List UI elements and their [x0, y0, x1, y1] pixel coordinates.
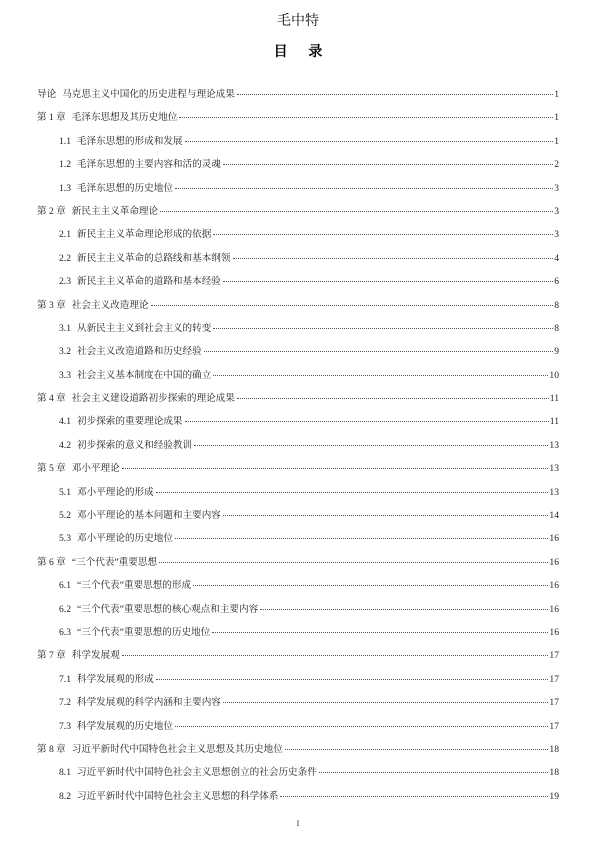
- dot-leader: [280, 796, 548, 797]
- toc-entry-title: 1.2毛泽东思想的主要内容和活的灵魂: [59, 157, 221, 173]
- dot-leader: [213, 234, 553, 235]
- toc-entry-label: 科学发展观的历史地位: [77, 721, 173, 732]
- dot-leader: [193, 585, 548, 586]
- toc-entry-label: 邓小平理论的基本问题和主要内容: [77, 510, 221, 521]
- toc-entry-title: 2.2新民主主义革命的总路线和基本纲领: [59, 251, 231, 267]
- dot-leader: [185, 141, 554, 142]
- toc-entry-label: 社会主义基本制度在中国的确立: [77, 370, 211, 381]
- toc-entry-label: 马克思主义中国化的历史进程与理论成果: [62, 89, 235, 100]
- toc-entry-label: 习近平新时代中国特色社会主义思想及其历史地位: [72, 744, 283, 755]
- toc-entry-label: 毛泽东思想的主要内容和活的灵魂: [77, 159, 221, 170]
- toc-section-entry[interactable]: 8.1习近平新时代中国特色社会主义思想创立的社会历史条件18: [37, 765, 559, 788]
- toc-entry-label: 邓小平理论: [72, 463, 120, 474]
- toc-section-entry[interactable]: 2.3新民主主义革命的道路和基本经验6: [37, 274, 559, 297]
- toc-entry-number: 7.3: [59, 721, 71, 732]
- toc-entry-page: 1: [554, 134, 559, 150]
- toc-section-entry[interactable]: 2.2新民主主义革命的总路线和基本纲领4: [37, 251, 559, 274]
- toc-entry-label: 从新民主主义到社会主义的转变: [77, 323, 211, 334]
- toc-entry-page: 13: [549, 438, 559, 454]
- toc-entry-page: 13: [549, 461, 559, 477]
- dot-leader: [175, 538, 548, 539]
- toc-entry-title: 4.1初步探索的重要理论成果: [59, 414, 183, 430]
- toc-entry-number: 3.1: [59, 323, 71, 334]
- toc-entry-number: 7.1: [59, 674, 71, 685]
- toc-section-entry[interactable]: 7.3科学发展观的历史地位17: [37, 719, 559, 742]
- toc-entry-page: 3: [554, 181, 559, 197]
- toc-entry-number: 4.1: [59, 416, 71, 427]
- dot-leader: [223, 702, 549, 703]
- toc-entry-title: 第 6 章“三个代表”重要思想: [37, 555, 157, 571]
- toc-entry-page: 17: [549, 695, 559, 711]
- toc-entry-page: 9: [554, 344, 559, 360]
- toc-entry-label: 科学发展观的形成: [77, 674, 154, 685]
- toc-section-entry[interactable]: 4.1初步探索的重要理论成果11: [37, 414, 559, 437]
- dot-leader: [233, 258, 554, 259]
- toc-entry-number: 6.3: [59, 627, 71, 638]
- toc-entry-title: 5.3邓小平理论的历史地位: [59, 531, 173, 547]
- toc-entry-number: 2.2: [59, 253, 71, 264]
- dot-leader: [223, 281, 553, 282]
- toc-entry-page: 11: [550, 391, 559, 407]
- toc-entry-number: 5.1: [59, 487, 71, 498]
- toc-entry-label: “三个代表”重要思想的形成: [77, 580, 191, 591]
- toc-entry-label: 新民主主义革命的总路线和基本纲领: [77, 253, 231, 264]
- toc-entry-number: 导论: [37, 89, 56, 100]
- toc-entry-page: 14: [549, 508, 559, 524]
- toc-section-entry[interactable]: 3.2社会主义改造道路和历史经验9: [37, 344, 559, 367]
- dot-leader: [159, 562, 548, 563]
- toc-chapter-entry[interactable]: 第 3 章社会主义改造理论8: [37, 298, 559, 321]
- toc-entry-number: 7.2: [59, 697, 71, 708]
- dot-leader: [175, 188, 553, 189]
- toc-section-entry[interactable]: 5.3邓小平理论的历史地位16: [37, 531, 559, 554]
- toc-entry-label: 初步探索的重要理论成果: [77, 416, 183, 427]
- dot-leader: [122, 468, 549, 469]
- toc-entry-label: “三个代表”重要思想: [72, 557, 157, 568]
- toc-entry-page: 19: [549, 789, 559, 805]
- toc-entry-page: 16: [549, 625, 559, 641]
- toc-entry-page: 3: [554, 204, 559, 220]
- toc-entry-title: 7.2科学发展观的科学内涵和主要内容: [59, 695, 221, 711]
- toc-entry-title: 第 2 章新民主主义革命理论: [37, 204, 158, 220]
- toc-entry-title: 导论马克思主义中国化的历史进程与理论成果: [37, 87, 235, 103]
- toc-entry-page: 17: [549, 672, 559, 688]
- toc-entry-label: 社会主义建设道路初步探索的理论成果: [72, 393, 235, 404]
- toc-entry-title: 3.3社会主义基本制度在中国的确立: [59, 368, 211, 384]
- toc-entry-label: 习近平新时代中国特色社会主义思想创立的社会历史条件: [77, 767, 317, 778]
- toc-entry-page: 6: [554, 274, 559, 290]
- toc-section-entry[interactable]: 1.3毛泽东思想的历史地位3: [37, 181, 559, 204]
- toc-entry-page: 10: [549, 368, 559, 384]
- toc-entry-title: 7.1科学发展观的形成: [59, 672, 154, 688]
- toc-entry-number: 第 2 章: [37, 206, 66, 217]
- toc-entry-title: 2.3新民主主义革命的道路和基本经验: [59, 274, 221, 290]
- dot-leader: [175, 726, 548, 727]
- toc-entry-number: 6.2: [59, 604, 71, 615]
- dot-leader: [185, 421, 549, 422]
- toc-entry-page: 16: [549, 578, 559, 594]
- toc-entry-number: 第 5 章: [37, 463, 66, 474]
- toc-entry-title: 8.1习近平新时代中国特色社会主义思想创立的社会历史条件: [59, 765, 317, 781]
- toc-entry-label: 毛泽东思想的形成和发展: [77, 136, 183, 147]
- toc-section-entry[interactable]: 3.3社会主义基本制度在中国的确立10: [37, 368, 559, 391]
- toc-entry-title: 3.1从新民主主义到社会主义的转变: [59, 321, 211, 337]
- toc-entry-label: 新民主主义革命理论: [72, 206, 158, 217]
- toc-entry-title: 2.1新民主主义革命理论形成的依据: [59, 227, 211, 243]
- toc-entry-number: 第 3 章: [37, 300, 66, 311]
- toc-entry-title: 第 5 章邓小平理论: [37, 461, 120, 477]
- toc-entry-title: 4.2初步探索的意义和经验教训: [59, 438, 192, 454]
- toc-entry-title: 3.2社会主义改造道路和历史经验: [59, 344, 202, 360]
- toc-entry-number: 4.2: [59, 440, 71, 451]
- toc-entry-number: 2.1: [59, 229, 71, 240]
- dot-leader: [223, 164, 553, 165]
- toc-entry-title: 第 4 章社会主义建设道路初步探索的理论成果: [37, 391, 235, 407]
- toc-entry-label: “三个代表”重要思想的核心观点和主要内容: [77, 604, 258, 615]
- toc-section-entry[interactable]: 6.3“三个代表”重要思想的历史地位16: [37, 625, 559, 648]
- dot-leader: [156, 679, 549, 680]
- toc-entry-title: 7.3科学发展观的历史地位: [59, 719, 173, 735]
- toc-entry-title: 6.3“三个代表”重要思想的历史地位: [59, 625, 210, 641]
- toc-section-entry[interactable]: 2.1新民主主义革命理论形成的依据3: [37, 227, 559, 250]
- toc-entry-page: 16: [549, 602, 559, 618]
- toc-section-entry[interactable]: 1.1毛泽东思想的形成和发展1: [37, 134, 559, 157]
- toc-section-entry[interactable]: 3.1从新民主主义到社会主义的转变8: [37, 321, 559, 344]
- dot-leader: [156, 492, 549, 493]
- dot-leader: [213, 375, 548, 376]
- toc-entry-number: 3.2: [59, 346, 71, 357]
- toc-entry-page: 17: [549, 648, 559, 664]
- toc-heading: 目 录: [0, 41, 596, 61]
- dot-leader: [194, 445, 548, 446]
- toc-entry-page: 16: [549, 531, 559, 547]
- toc-entry-number: 5.2: [59, 510, 71, 521]
- toc-entry-number: 第 7 章: [37, 650, 66, 661]
- dot-leader: [237, 94, 553, 95]
- toc-entry-label: 初步探索的意义和经验教训: [77, 440, 192, 451]
- toc-entry-title: 6.2“三个代表”重要思想的核心观点和主要内容: [59, 602, 258, 618]
- toc-section-entry[interactable]: 6.1“三个代表”重要思想的形成16: [37, 578, 559, 601]
- table-of-contents: 导论马克思主义中国化的历史进程与理论成果1第 1 章毛泽东思想及其历史地位11.…: [37, 87, 559, 812]
- toc-entry-page: 11: [550, 414, 559, 430]
- toc-entry-label: 科学发展观: [72, 650, 120, 661]
- toc-entry-number: 1.1: [59, 136, 71, 147]
- dot-leader: [179, 117, 553, 118]
- toc-chapter-entry[interactable]: 第 5 章邓小平理论13: [37, 461, 559, 484]
- toc-entry-label: 毛泽东思想及其历史地位: [72, 112, 178, 123]
- toc-entry-number: 3.3: [59, 370, 71, 381]
- toc-entry-page: 8: [554, 298, 559, 314]
- toc-entry-title: 8.2习近平新时代中国特色社会主义思想的科学体系: [59, 789, 278, 805]
- dot-leader: [213, 328, 553, 329]
- toc-entry-page: 1: [554, 87, 559, 103]
- dot-leader: [212, 632, 548, 633]
- toc-entry-title: 第 1 章毛泽东思想及其历史地位: [37, 110, 177, 126]
- toc-chapter-entry[interactable]: 第 2 章新民主主义革命理论3: [37, 204, 559, 227]
- toc-entry-label: “三个代表”重要思想的历史地位: [77, 627, 210, 638]
- toc-entry-page: 18: [549, 742, 559, 758]
- toc-section-entry[interactable]: 4.2初步探索的意义和经验教训13: [37, 438, 559, 461]
- toc-entry-number: 第 6 章: [37, 557, 66, 568]
- toc-chapter-entry[interactable]: 导论马克思主义中国化的历史进程与理论成果1: [37, 87, 559, 110]
- toc-entry-title: 第 3 章社会主义改造理论: [37, 298, 149, 314]
- toc-entry-label: 邓小平理论的形成: [77, 487, 154, 498]
- toc-entry-page: 3: [554, 227, 559, 243]
- toc-entry-label: 社会主义改造道路和历史经验: [77, 346, 202, 357]
- toc-section-entry[interactable]: 5.1邓小平理论的形成13: [37, 485, 559, 508]
- toc-chapter-entry[interactable]: 第 7 章科学发展观17: [37, 648, 559, 671]
- toc-entry-number: 2.3: [59, 276, 71, 287]
- toc-entry-title: 第 8 章习近平新时代中国特色社会主义思想及其历史地位: [37, 742, 283, 758]
- dot-leader: [160, 211, 553, 212]
- toc-entry-title: 5.1邓小平理论的形成: [59, 485, 154, 501]
- dot-leader: [237, 398, 549, 399]
- toc-entry-number: 第 1 章: [37, 112, 66, 123]
- dot-leader: [260, 609, 548, 610]
- toc-entry-title: 5.2邓小平理论的基本问题和主要内容: [59, 508, 221, 524]
- document-title: 毛中特: [0, 10, 596, 30]
- toc-entry-number: 1.2: [59, 159, 71, 170]
- toc-section-entry[interactable]: 5.2邓小平理论的基本问题和主要内容14: [37, 508, 559, 531]
- toc-entry-page: 16: [549, 555, 559, 571]
- dot-leader: [285, 749, 549, 750]
- toc-section-entry[interactable]: 7.1科学发展观的形成17: [37, 672, 559, 695]
- dot-leader: [223, 515, 549, 516]
- toc-chapter-entry[interactable]: 第 8 章习近平新时代中国特色社会主义思想及其历史地位18: [37, 742, 559, 765]
- toc-entry-page: 2: [554, 157, 559, 173]
- toc-entry-title: 1.1毛泽东思想的形成和发展: [59, 134, 183, 150]
- dot-leader: [319, 772, 549, 773]
- toc-entry-label: 新民主主义革命理论形成的依据: [77, 229, 211, 240]
- toc-chapter-entry[interactable]: 第 4 章社会主义建设道路初步探索的理论成果11: [37, 391, 559, 414]
- toc-section-entry[interactable]: 1.2毛泽东思想的主要内容和活的灵魂2: [37, 157, 559, 180]
- toc-chapter-entry[interactable]: 第 6 章“三个代表”重要思想16: [37, 555, 559, 578]
- toc-section-entry[interactable]: 6.2“三个代表”重要思想的核心观点和主要内容16: [37, 602, 559, 625]
- toc-entry-page: 13: [549, 485, 559, 501]
- dot-leader: [204, 351, 553, 352]
- toc-entry-page: 18: [549, 765, 559, 781]
- dot-leader: [151, 305, 554, 306]
- toc-entry-page: 4: [554, 251, 559, 267]
- toc-entry-number: 第 8 章: [37, 744, 66, 755]
- toc-entry-page: 17: [549, 719, 559, 735]
- toc-entry-number: 8.1: [59, 767, 71, 778]
- toc-entry-label: 邓小平理论的历史地位: [77, 533, 173, 544]
- toc-entry-number: 5.3: [59, 533, 71, 544]
- dot-leader: [122, 655, 549, 656]
- toc-entry-number: 6.1: [59, 580, 71, 591]
- page-number: I: [0, 819, 596, 828]
- toc-entry-number: 8.2: [59, 791, 71, 802]
- toc-section-entry[interactable]: 7.2科学发展观的科学内涵和主要内容17: [37, 695, 559, 718]
- toc-entry-label: 社会主义改造理论: [72, 300, 149, 311]
- toc-entry-label: 新民主主义革命的道路和基本经验: [77, 276, 221, 287]
- toc-entry-page: 1: [554, 110, 559, 126]
- toc-entry-title: 第 7 章科学发展观: [37, 648, 120, 664]
- toc-entry-number: 第 4 章: [37, 393, 66, 404]
- toc-chapter-entry[interactable]: 第 1 章毛泽东思想及其历史地位1: [37, 110, 559, 133]
- toc-entry-number: 1.3: [59, 183, 71, 194]
- toc-entry-label: 毛泽东思想的历史地位: [77, 183, 173, 194]
- toc-entry-title: 1.3毛泽东思想的历史地位: [59, 181, 173, 197]
- toc-entry-page: 8: [554, 321, 559, 337]
- toc-entry-label: 科学发展观的科学内涵和主要内容: [77, 697, 221, 708]
- toc-entry-title: 6.1“三个代表”重要思想的形成: [59, 578, 191, 594]
- toc-section-entry[interactable]: 8.2习近平新时代中国特色社会主义思想的科学体系19: [37, 789, 559, 812]
- toc-entry-label: 习近平新时代中国特色社会主义思想的科学体系: [77, 791, 278, 802]
